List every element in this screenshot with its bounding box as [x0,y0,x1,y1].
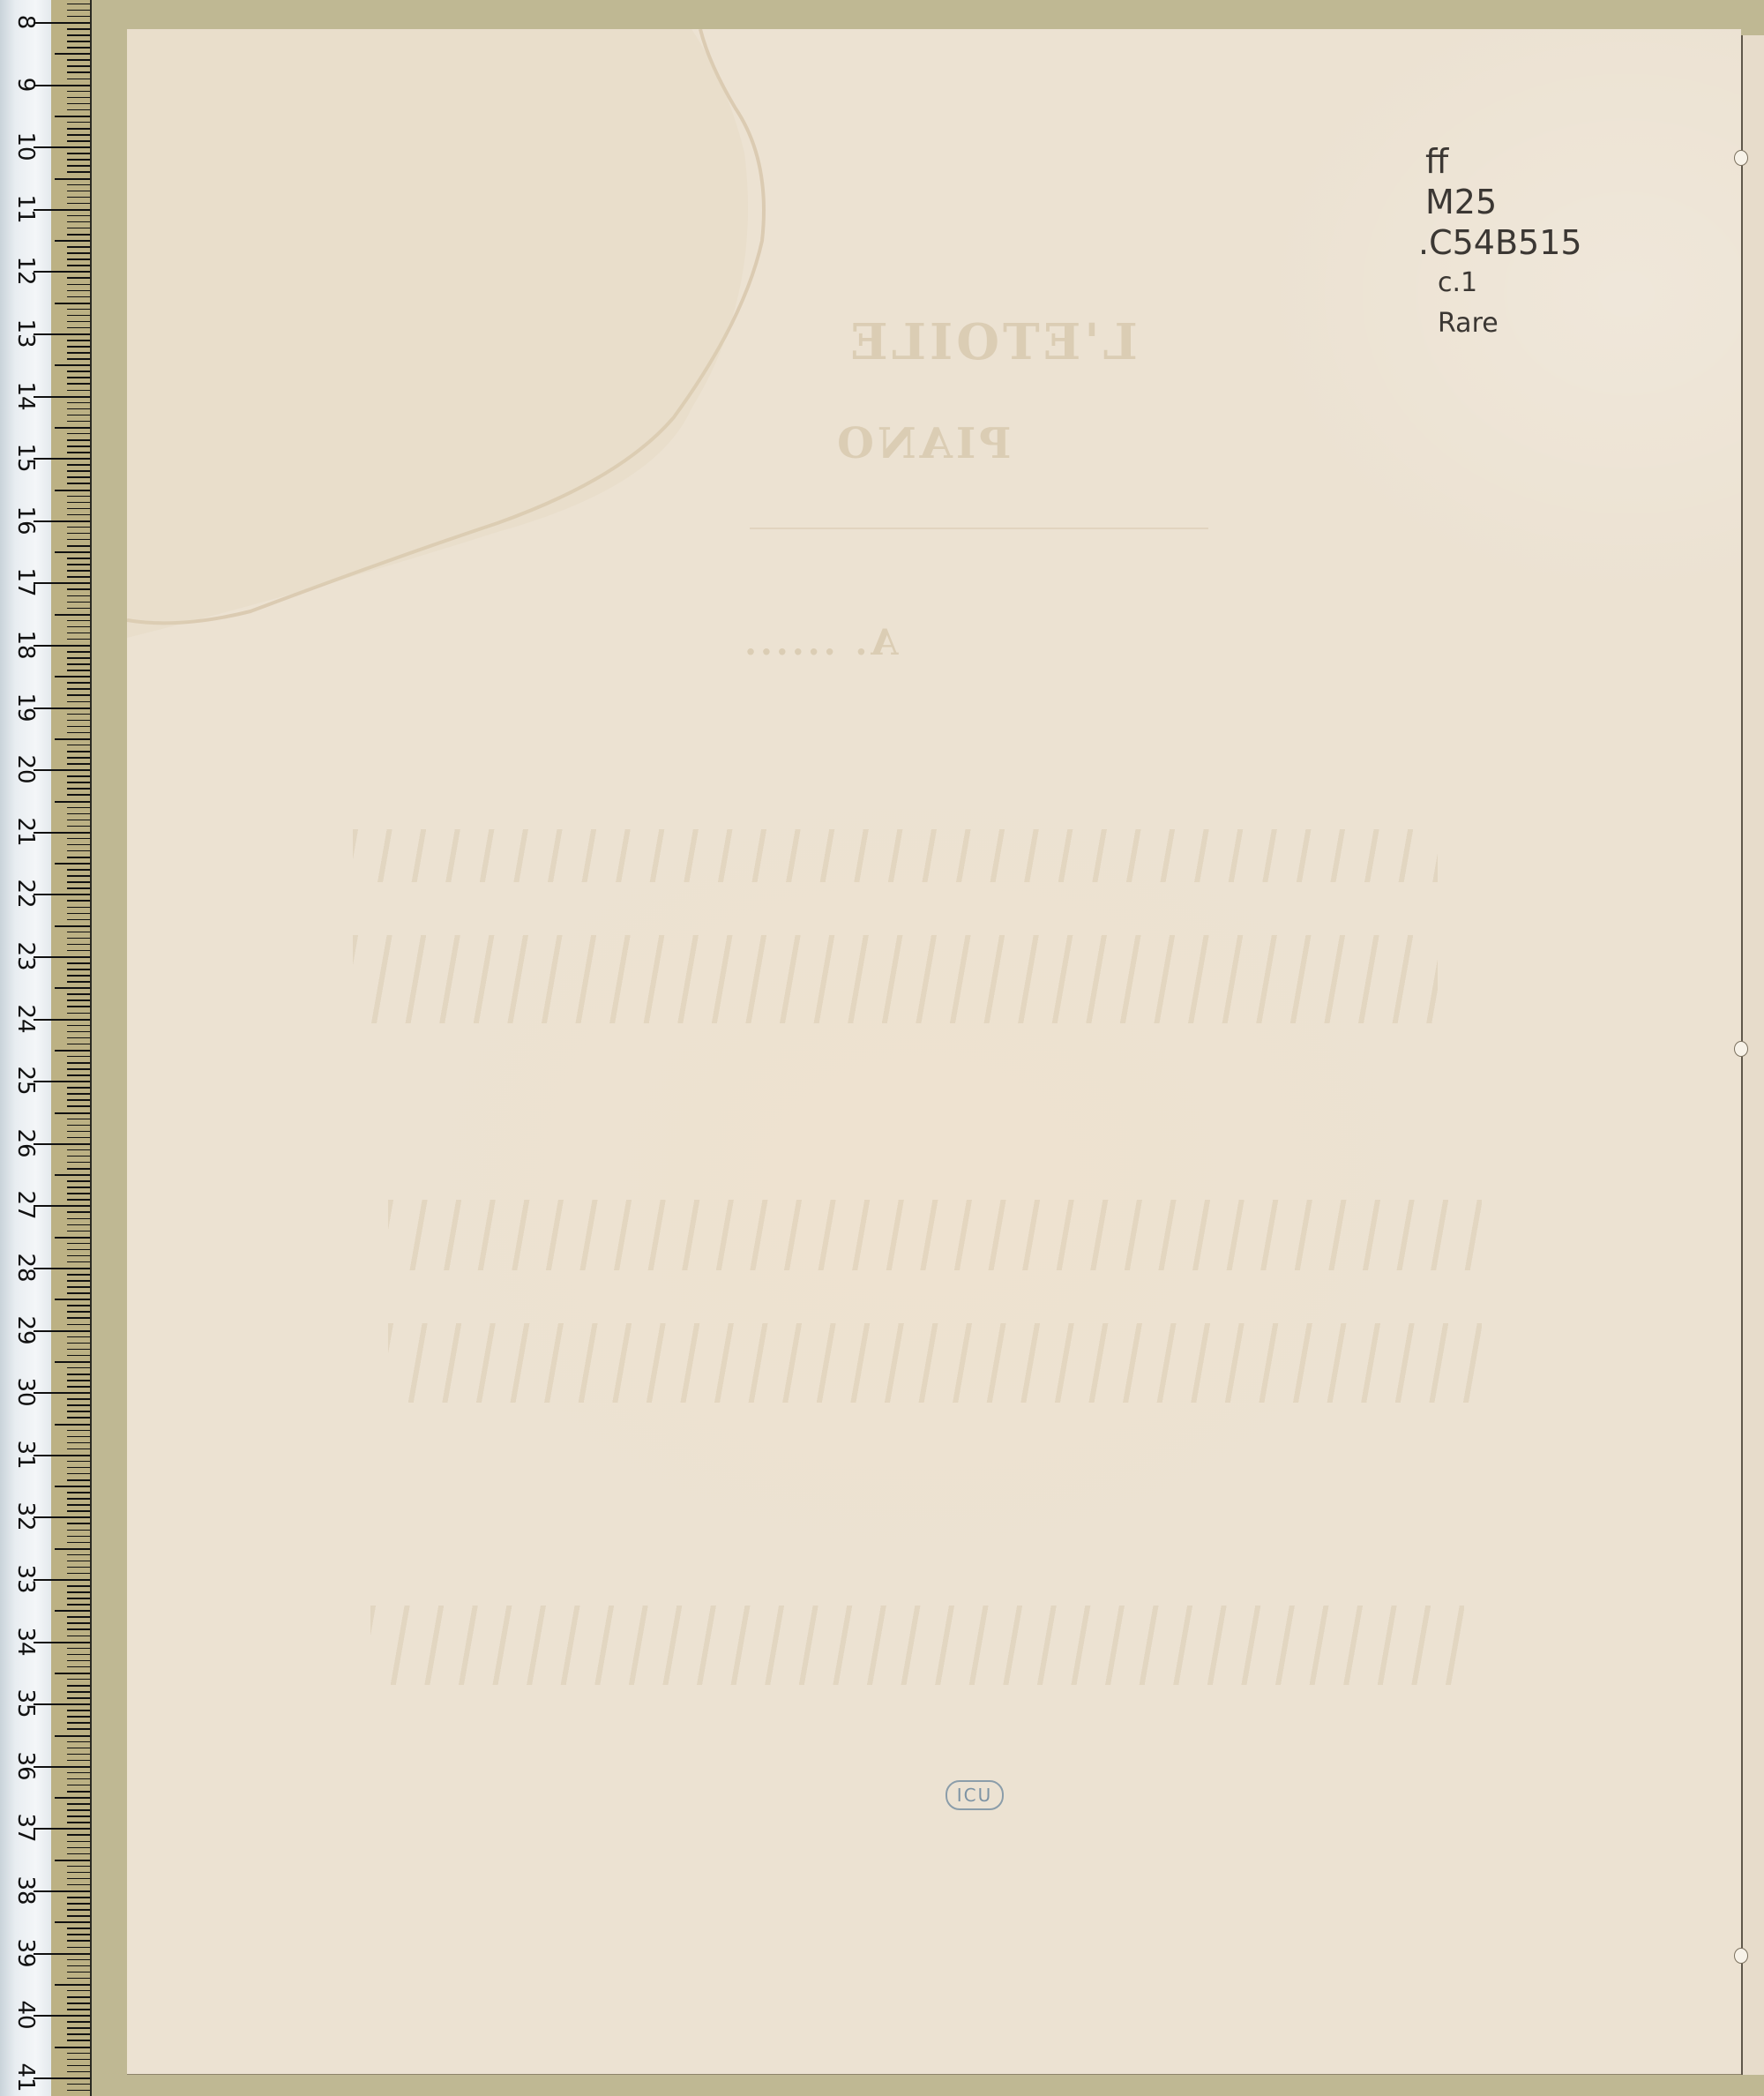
ruler-tick [67,2027,90,2029]
ruler-tick [34,1268,90,1269]
ruler-tick [34,1642,90,1643]
ruler-tick [67,1897,90,1898]
ruler-tick [34,1766,90,1768]
ruler-tick [67,875,90,877]
ruler-tick [67,1156,90,1157]
ruler-tick [67,421,90,423]
ruler-tick [67,122,90,124]
ruler-label: 9 [12,63,39,107]
ruler-tick [67,2002,90,2004]
ruler-label: 30 [12,1370,39,1414]
ruler-tick [67,352,90,354]
ruler-tick [67,91,90,93]
ruler-tick [67,340,90,341]
ruler-tick [67,2033,90,2035]
call-number-annotation: ff M25 .C54B515 c.1 Rare [1418,141,1612,344]
ruler-label: 26 [12,1121,39,1165]
ruler-tick [67,215,90,217]
ruler-tick [67,682,90,684]
ruler-tick [67,1628,90,1630]
ruler-tick [67,651,90,653]
ruler-tick [67,1685,90,1687]
ruler-tick [67,1037,90,1039]
ruler-label: 24 [12,997,39,1041]
ruler-tick [67,1286,90,1288]
ruler-tick [67,1978,90,1980]
ruler-tick [67,1990,90,1992]
ruler-tick [55,863,90,865]
ruler-tick [34,1019,90,1021]
sewing-hole [1734,1041,1748,1057]
ruler-tick [67,1598,90,1599]
ruler-tick [34,520,90,522]
ruler-label: 21 [12,810,39,854]
ruler-tick [34,2077,90,2079]
ruler-tick [67,1417,90,1419]
ruler-tick [67,1878,90,1880]
ruler-tick [67,128,90,130]
ruler-tick [67,445,90,447]
ruler-tick [67,41,90,42]
ruler-tick [55,364,90,366]
ruler-tick [67,539,90,541]
ruler-tick [67,1436,90,1438]
ruler-tick [34,1516,90,1518]
ruler-tick [67,1928,90,1929]
ruler-tick [67,1561,90,1562]
ruler-tick [67,140,90,142]
ruler-tick [67,1280,90,1282]
ruler-tick [55,1673,90,1674]
ruler-tick [55,1424,90,1426]
ruler-tick [67,464,90,466]
ruler-tick [67,1461,90,1463]
ruler-tick [67,1866,90,1868]
ruler-label: 19 [12,685,39,730]
ruler-tick [34,2015,90,2017]
ruler-tick [67,1654,90,1656]
ruler-tick [67,788,90,790]
ruler-tick [67,2059,90,2061]
ruler-tick [34,271,90,273]
ruler-tick [67,639,90,640]
ruler-tick [55,676,90,677]
ruler-tick [67,869,90,871]
ruler-tick [67,165,90,167]
ruler-tick [55,987,90,989]
show-through-music-staff [370,1606,1464,1685]
ruler-tick [34,1579,90,1581]
ruler-tick [67,1199,90,1201]
ruler-tick [67,228,90,229]
ruler-tick [55,1984,90,1986]
ruler-tick [67,1523,90,1524]
ruler-tick [67,1243,90,1245]
ruler-tick [55,490,90,491]
ruler-tick [55,801,90,803]
ruler-tick [67,1716,90,1718]
ruler-tick [67,1404,90,1406]
ruler-tick [67,701,90,703]
ruler-tick [67,277,90,279]
ruler-tick [67,321,90,323]
ruler-tick [67,1959,90,1961]
ruler-tick [67,415,90,416]
ruler-tick [67,315,90,317]
ruler-tick [67,1125,90,1127]
ruler-tick [67,134,90,136]
ruler-tick [34,769,90,771]
ruler-tick [67,290,90,292]
ruler-tick [67,975,90,977]
ruler-label: 34 [12,1620,39,1664]
ruler-tick [67,2065,90,2067]
ruler-tick [67,1093,90,1095]
show-through-rule [750,528,1208,529]
ruler-tick [67,1872,90,1874]
ruler-tick [67,670,90,671]
ruler-tick [67,1336,90,1338]
ruler-tick [34,22,90,24]
ruler-tick [67,377,90,378]
ruler-label: 23 [12,934,39,978]
ruler-tick [67,694,90,696]
ruler-tick [67,1180,90,1182]
ruler-tick [67,838,90,840]
ruler-tick [67,258,90,260]
show-through-title: L'ETOILE [847,313,1138,371]
ruler-tick [67,807,90,809]
ruler-tick [67,1411,90,1412]
ruler-tick [67,844,90,846]
ruler-tick [67,726,90,728]
ruler-tick [55,1921,90,1923]
ruler-tick [34,209,90,211]
ruler-tick [67,1131,90,1133]
ruler-label: 22 [12,872,39,916]
ruler-tick [67,999,90,1001]
ruler-tick [67,476,90,478]
ruler-tick [67,1343,90,1344]
ruler-tick [67,626,90,628]
ruler-tick [55,240,90,242]
ruler-tick [55,303,90,304]
ruler-tick [67,850,90,852]
ruler-tick [67,657,90,659]
ruler-tick [67,1473,90,1475]
ruler-tick [55,178,90,180]
annotation-line: ff [1425,141,1612,182]
ruler-tick [67,545,90,547]
ruler-tick [67,1940,90,1942]
ruler-label: 35 [12,1681,39,1725]
ruler-tick [67,327,90,329]
ruler-label: 32 [12,1494,39,1538]
ruler-tick [67,1492,90,1493]
ruler-label: 12 [12,249,39,293]
ruler-tick [67,1778,90,1780]
ruler-tick [67,950,90,952]
ruler-tick [67,1809,90,1811]
ruler-tick [34,333,90,335]
ruler-tick [55,1050,90,1052]
ruler-label: 36 [12,1744,39,1788]
ruler-tick [67,109,90,111]
ruler-tick [34,458,90,460]
ruler-tick [55,1299,90,1300]
ruler-tick [67,514,90,516]
ruler-tick [67,1691,90,1693]
ruler-tick [67,1648,90,1650]
library-stamp: ICU [946,1780,1004,1810]
ruler-tick [67,1585,90,1587]
ruler-tick [67,1915,90,1917]
ruler-tick [67,1292,90,1294]
ruler-tick [67,1099,90,1101]
ruler-tick [67,1168,90,1170]
ruler-label: 18 [12,623,39,667]
ruler-tick [67,265,90,266]
ruler-tick [67,1741,90,1743]
ruler-tick [67,1884,90,1886]
ruler-tick [67,1760,90,1762]
ruler-tick [67,1996,90,1998]
ruler-label: 39 [12,1931,39,1975]
ruler-tick [67,284,90,286]
ruler-tick [67,309,90,311]
ruler-label: 29 [12,1308,39,1352]
ruler-label: 37 [12,1806,39,1850]
ruler-tick [34,1205,90,1207]
ruler-tick [67,470,90,472]
ruler-tick [67,296,90,298]
ruler-tick [67,1074,90,1076]
ruler-tick [67,907,90,909]
show-through-music-staff [388,1323,1482,1403]
ruler-tick [67,1636,90,1637]
ruler-tick [67,1231,90,1232]
ruler-tick [67,1803,90,1805]
ruler-label: 17 [12,560,39,604]
ruler-tick [67,502,90,504]
ruler-tick [67,390,90,392]
ruler-tick [55,551,90,553]
ruler-tick [67,1374,90,1375]
show-through-subtitle: PIANO [833,419,1011,468]
ruler-tick [67,103,90,105]
ruler-tick [67,2021,90,2023]
ruler-tick [67,1903,90,1905]
ruler-label: 8 [12,0,39,44]
ruler-tick [67,720,90,722]
ruler-tick [67,2071,90,2073]
ruler-tick [67,1567,90,1568]
ruler-tick [67,452,90,453]
ruler-tick [67,1591,90,1593]
ruler-label: 27 [12,1183,39,1227]
ruler-tick [67,97,90,99]
ruler-tick [34,1953,90,1955]
ruler-tick [67,620,90,622]
ruler-tick [67,1430,90,1432]
ruler-tick [55,738,90,740]
ruler-tick [67,197,90,198]
ruler-tick [55,1610,90,1612]
ruler-tick [67,881,90,883]
ruler-tick [67,588,90,590]
ruler-tick [34,1081,90,1082]
ruler-tick [34,1455,90,1456]
ruler-tick [55,1860,90,1861]
ruler-tick [67,16,90,18]
ruler-tick [67,1666,90,1668]
ruler-tick [67,820,90,821]
ruler-tick [67,1616,90,1618]
ruler-tick [67,171,90,173]
ruler-tick [34,1828,90,1830]
ruler-tick [67,1068,90,1070]
ruler-tick [67,962,90,964]
ruler-tick [34,1392,90,1394]
show-through-composer: A. ...... [741,622,898,663]
ruler-tick [67,1660,90,1662]
ruler-label: 16 [12,498,39,543]
ruler-label: 40 [12,1993,39,2037]
ruler-tick [34,894,90,895]
show-through-music-staff [388,1200,1482,1270]
ruler-tick [67,2084,90,2085]
ruler-tick [67,2040,90,2041]
ruler-tick [67,1697,90,1699]
ruler-tick [67,932,90,933]
ruler-tick [67,1044,90,1045]
ruler-tick [55,2047,90,2048]
ruler-tick [67,1748,90,1749]
ruler-tick [67,402,90,404]
ruler-tick [67,1448,90,1450]
ruler-tick [67,1386,90,1388]
ruler-tick [67,1847,90,1849]
ruler-tick [67,1218,90,1220]
ruler-tick [55,1735,90,1737]
ruler-tick [67,65,90,67]
ruler-label: 28 [12,1246,39,1290]
ruler-tick [55,1486,90,1487]
ruler-label: 25 [12,1059,39,1103]
ruler-tick [67,1186,90,1188]
ruler-tick [67,1722,90,1724]
ruler-tick [67,1853,90,1855]
ruler-tick [67,576,90,578]
ruler-tick [67,857,90,858]
ruler-tick [67,1679,90,1681]
ruler-tick [34,1330,90,1332]
ruler-tick [67,4,90,5]
ruler-tick [67,1754,90,1755]
ruler-tick [67,358,90,360]
ruler-tick [67,900,90,902]
ruler-tick [67,408,90,410]
ruler-tick [67,1822,90,1823]
ruler-tick [67,1311,90,1313]
ruler-tick [67,2090,90,2092]
ruler-tick [67,1710,90,1711]
ruler-tick [67,2009,90,2010]
ruler-tick [55,925,90,927]
ruler-tick [67,1510,90,1512]
ruler-tick [67,533,90,535]
ruler-tick [67,184,90,186]
ruler-tick [67,508,90,510]
ruler-tick [67,1442,90,1444]
ruler-tick [67,602,90,603]
ruler-tick [67,1467,90,1469]
show-through-music-staff [353,935,1438,1023]
ruler-tick [67,813,90,815]
ruler-label: 41 [12,2055,39,2096]
ruler-label: 10 [12,124,39,168]
ruler-tick [67,558,90,559]
ruler-tick [67,527,90,528]
ruler-tick [55,427,90,429]
ruler-tick [67,1947,90,1949]
ruler-label: 33 [12,1557,39,1601]
ruler-tick [67,1380,90,1381]
ruler-tick [67,1972,90,1973]
ruler-tick [67,346,90,348]
ruler-tick [67,1604,90,1606]
ruler-tick [67,595,90,597]
ruler-tick [67,1834,90,1836]
ruler-tick [67,1031,90,1033]
ruler-tick [67,688,90,690]
ruler-tick [67,1349,90,1351]
ruler-tick [67,1479,90,1481]
ruler-tick [67,1305,90,1306]
annotation-line: Rare [1438,303,1612,344]
annotation-line: .C54B515 [1418,222,1612,263]
ruler-tick [67,252,90,254]
ruler-label: 20 [12,747,39,791]
ruler-tick [67,564,90,565]
ruler-tick [34,707,90,709]
ruler-tick [55,1361,90,1363]
ruler-tick [67,439,90,441]
ruler-tick [67,938,90,939]
ruler-tick [34,85,90,86]
ruler-tick [67,1255,90,1257]
ruler-tick [67,919,90,921]
sewing-hole [1734,150,1748,166]
ruler-tick [67,633,90,634]
ruler-tick [55,1548,90,1550]
ruler-tick [67,221,90,223]
ruler-tick [67,1249,90,1251]
ruler-tick [67,751,90,752]
ruler-tick [67,732,90,734]
ruler-tick [67,246,90,248]
ruler-tick [67,969,90,970]
ruler-tick [67,993,90,995]
ruler-tick [67,1056,90,1058]
ruler-tick [34,1703,90,1705]
ruler-tick [67,1224,90,1226]
ruler-tick [67,2053,90,2055]
ruler-tick [67,79,90,80]
ruler-tick [67,1324,90,1326]
sewing-hole [1734,1948,1748,1964]
ruler-tick [67,1815,90,1817]
